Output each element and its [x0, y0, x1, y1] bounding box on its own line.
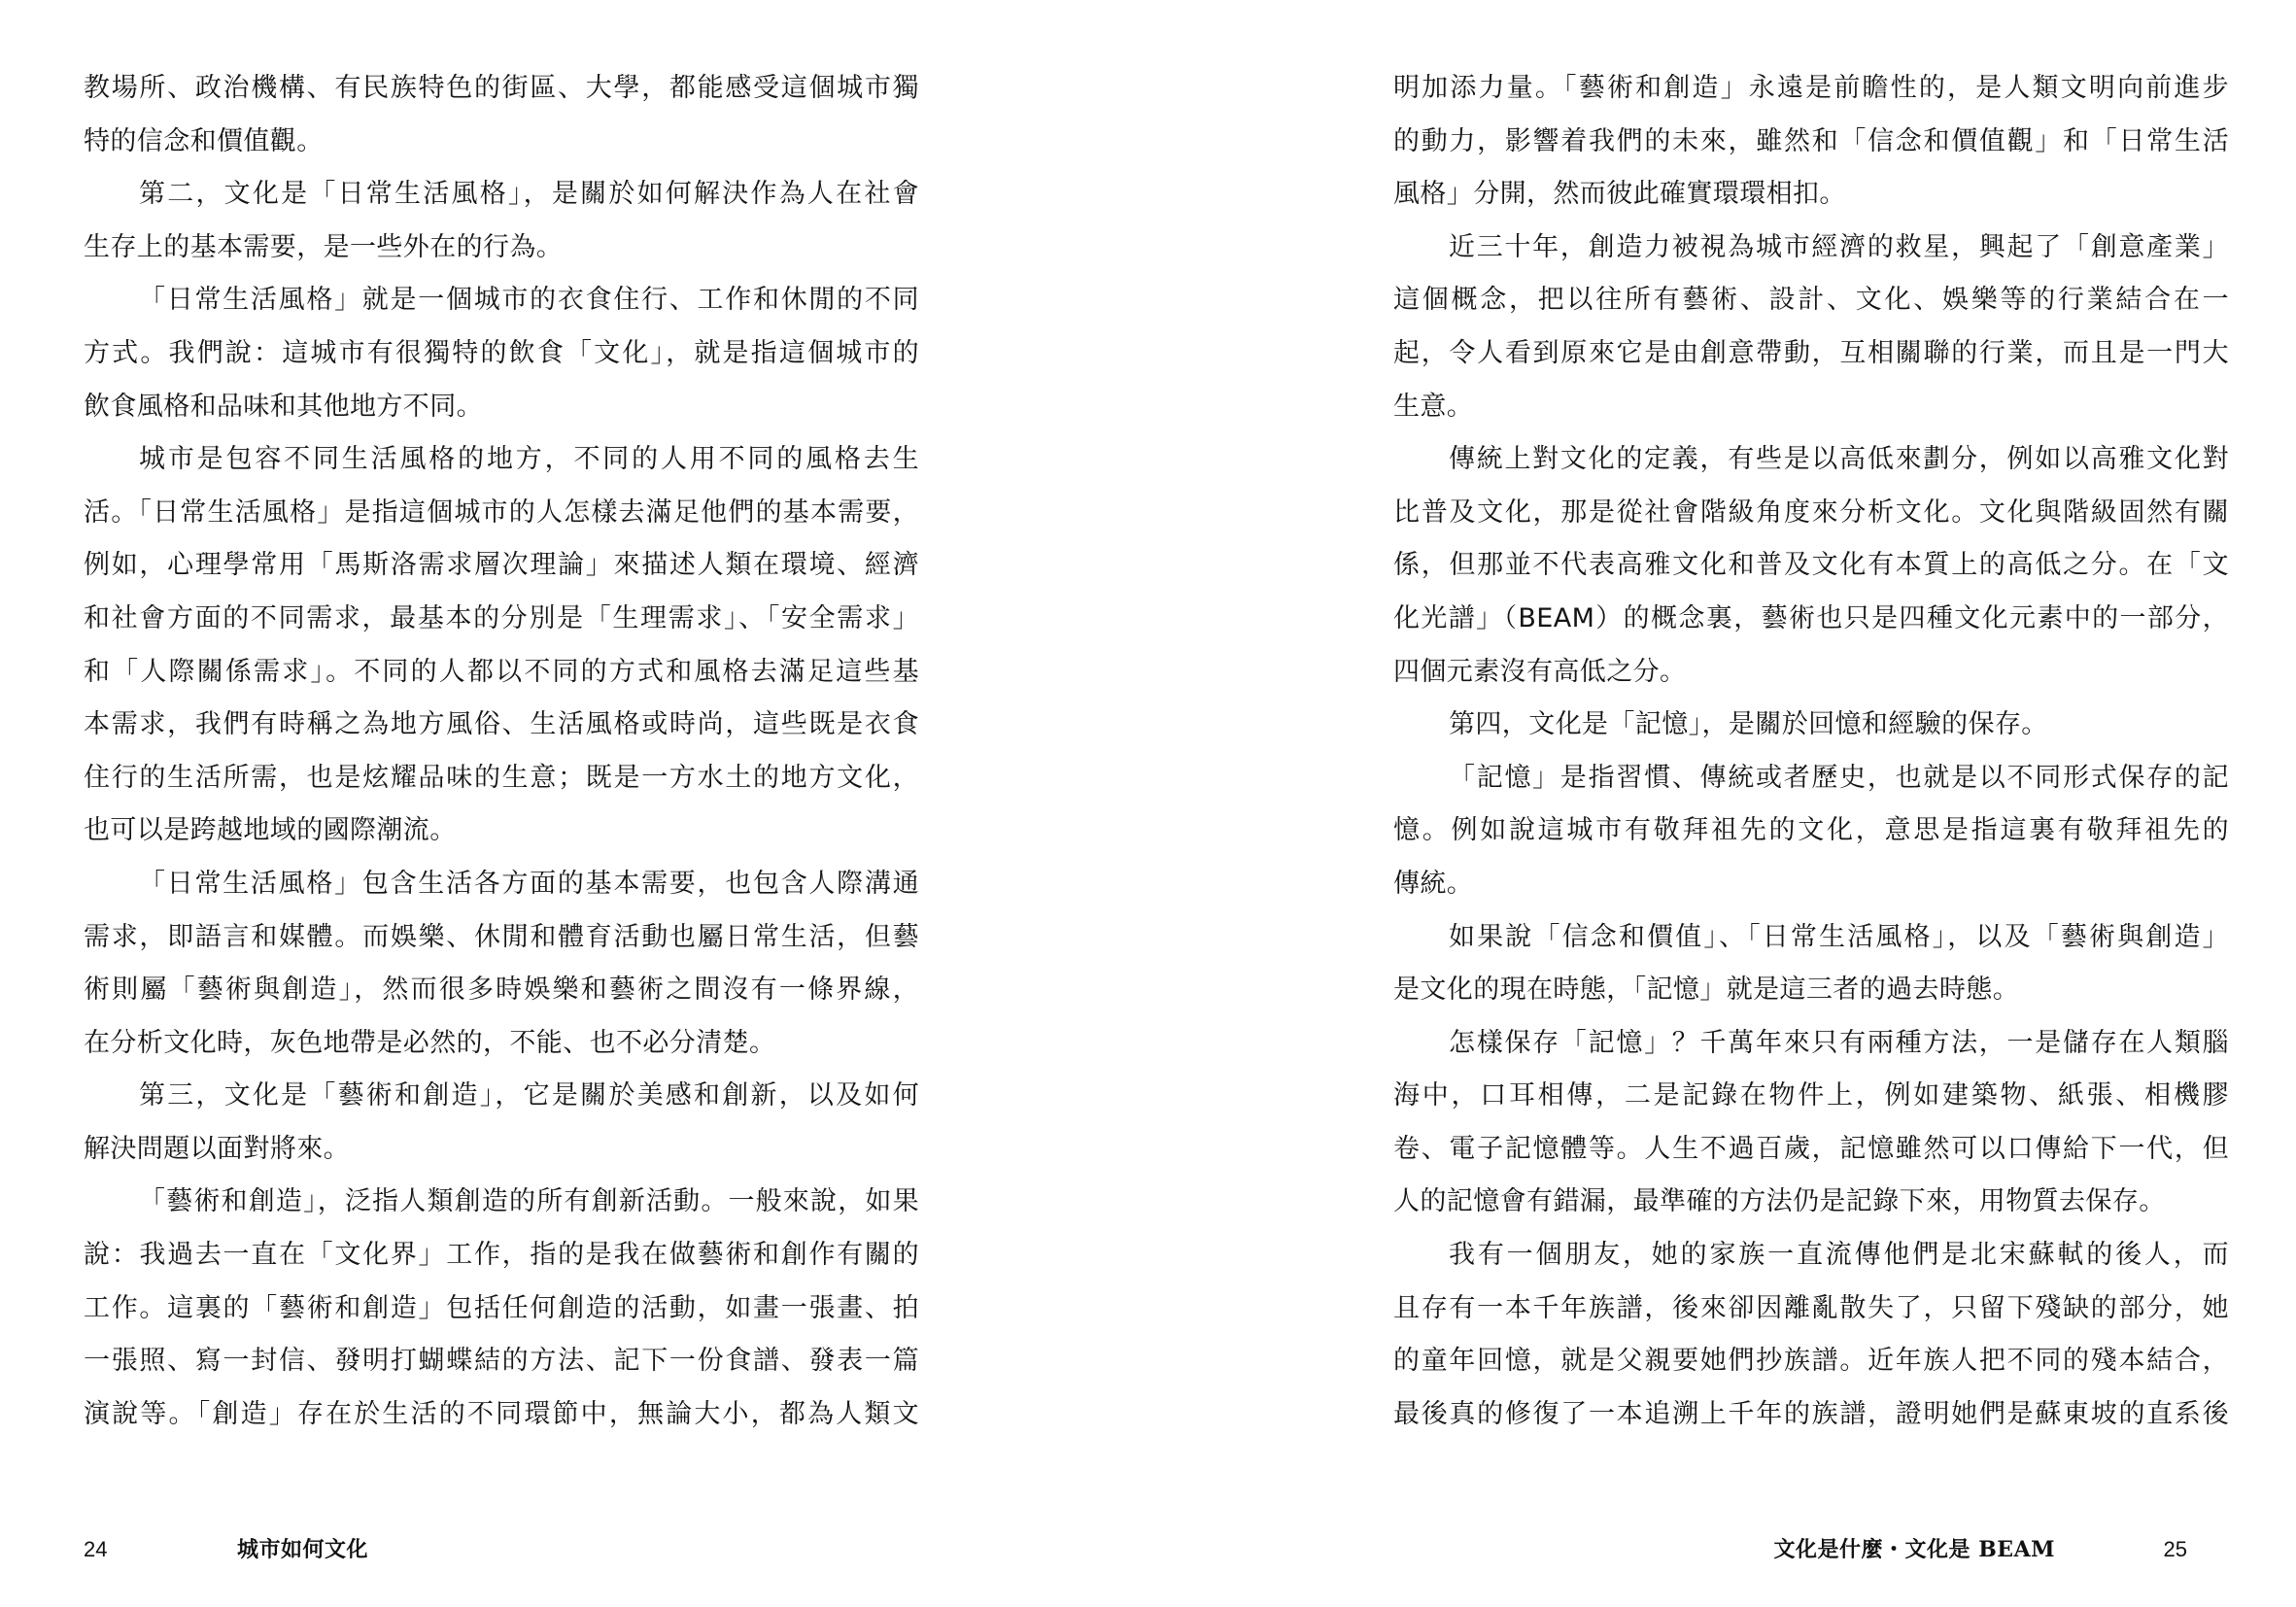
left-page: 教場所、政治機構、有民族特色的街區、大學，都能感受這個城市獨特的信念和價值觀。第… [0, 0, 1148, 1607]
text-line: 解決問題以面對將來。 [84, 1123, 919, 1177]
text-line: 憶。例如說這城市有敬拜祖先的文化，意思是指這裏有敬拜祖先的 [1393, 804, 2229, 858]
text-line: 方式。我們說：這城市有很獨特的飲食「文化」，就是指這個城市的 [84, 327, 919, 381]
text-line: 需求，即語言和媒體。而娛樂、休閒和體育活動也屬日常生活，但藝 [84, 911, 919, 965]
text-line: 飲食風格和品味和其他地方不同。 [84, 381, 919, 434]
right-body-text: 明加添力量。「藝術和創造」永遠是前瞻性的，是人類文明向前進步的動力，影響着我們的… [1393, 62, 2229, 1441]
text-line: 活。「日常生活風格」是指這個城市的人怎樣去滿足他們的基本需要， [84, 487, 919, 540]
text-line: 人的記憶會有錯漏，最準確的方法仍是記錄下來，用物質去保存。 [1393, 1176, 2229, 1229]
text-line: 明加添力量。「藝術和創造」永遠是前瞻性的，是人類文明向前進步 [1393, 62, 2229, 116]
text-line: 的童年回憶，就是父親要她們抄族譜。近年族人把不同的殘本結合， [1393, 1335, 2229, 1388]
text-line: 係，但那並不代表高雅文化和普及文化有本質上的高低之分。在「文 [1393, 539, 2229, 593]
text-line: 「藝術和創造」，泛指人類創造的所有創新活動。一般來說，如果 [84, 1176, 919, 1229]
text-line: 這個概念，把以往所有藝術、設計、文化、娛樂等的行業結合在一 [1393, 274, 2229, 327]
text-line: 一張照、寫一封信、發明打蝴蝶結的方法、記下一份食譜、發表一篇 [84, 1335, 919, 1388]
right-page-number: 25 [2164, 1533, 2187, 1566]
text-line: 是文化的現在時態，「記憶」就是這三者的過去時態。 [1393, 964, 2229, 1017]
text-line: 化光譜」（BEAM）的概念裏，藝術也只是四種文化元素中的一部分， [1393, 593, 2229, 646]
text-line: 工作。這裏的「藝術和創造」包括任何創造的活動，如畫一張畫、拍 [84, 1282, 919, 1336]
left-running-title: 城市如何文化 [237, 1533, 368, 1566]
text-line: 的動力，影響着我們的未來，雖然和「信念和價值觀」和「日常生活 [1393, 116, 2229, 169]
text-line: 教場所、政治機構、有民族特色的街區、大學，都能感受這個城市獨 [84, 62, 919, 116]
text-line: 最後真的修復了一本追溯上千年的族譜，證明她們是蘇東坡的直系後 [1393, 1388, 2229, 1442]
left-page-number: 24 [84, 1533, 107, 1566]
text-line: 和「人際關係需求」。不同的人都以不同的方式和風格去滿足這些基 [84, 646, 919, 700]
text-line: 第二，文化是「日常生活風格」，是關於如何解決作為人在社會 [84, 168, 919, 222]
text-line: 「日常生活風格」就是一個城市的衣食住行、工作和休閒的不同 [84, 274, 919, 327]
text-line: 且存有一本千年族譜，後來卻因離亂散失了，只留下殘缺的部分，她 [1393, 1282, 2229, 1336]
right-running-title: 文化是什麼・文化是 BEAM [1774, 1533, 2055, 1566]
text-line: 我有一個朋友，她的家族一直流傳他們是北宋蘇軾的後人，而 [1393, 1229, 2229, 1282]
text-line: 卷、電子記憶體等。人生不過百歲，記憶雖然可以口傳給下一代，但 [1393, 1123, 2229, 1177]
text-line: 城市是包容不同生活風格的地方，不同的人用不同的風格去生 [84, 433, 919, 487]
text-line: 四個元素沒有高低之分。 [1393, 646, 2229, 700]
text-line: 起，令人看到原來它是由創意帶動，互相關聯的行業，而且是一門大 [1393, 327, 2229, 381]
text-line: 演說等。「創造」存在於生活的不同環節中，無論大小，都為人類文 [84, 1388, 919, 1442]
text-line: 也可以是跨越地域的國際潮流。 [84, 804, 919, 858]
right-page: 明加添力量。「藝術和創造」永遠是前瞻性的，是人類文明向前進步的動力，影響着我們的… [1148, 0, 2296, 1607]
text-line: 和社會方面的不同需求，最基本的分別是「生理需求」、「安全需求」 [84, 593, 919, 646]
text-line: 風格」分開，然而彼此確實環環相扣。 [1393, 168, 2229, 222]
left-body-text: 教場所、政治機構、有民族特色的街區、大學，都能感受這個城市獨特的信念和價值觀。第… [84, 62, 919, 1441]
book-spread: 教場所、政治機構、有民族特色的街區、大學，都能感受這個城市獨特的信念和價值觀。第… [0, 0, 2296, 1607]
text-line: 說：我過去一直在「文化界」工作，指的是我在做藝術和創作有關的 [84, 1229, 919, 1282]
text-line: 如果說「信念和價值」、「日常生活風格」，以及「藝術與創造」 [1393, 911, 2229, 965]
text-line: 傳統上對文化的定義，有些是以高低來劃分，例如以高雅文化對 [1393, 433, 2229, 487]
text-line: 第四，文化是「記憶」，是關於回憶和經驗的保存。 [1393, 699, 2229, 752]
text-line: 生意。 [1393, 381, 2229, 434]
text-line: 術則屬「藝術與創造」，然而很多時娛樂和藝術之間沒有一條界線， [84, 964, 919, 1017]
text-line: 本需求，我們有時稱之為地方風俗、生活風格或時尚，這些既是衣食 [84, 699, 919, 752]
text-line: 近三十年，創造力被視為城市經濟的救星，興起了「創意產業」 [1393, 222, 2229, 275]
text-line: 怎樣保存「記憶」？千萬年來只有兩種方法，一是儲存在人類腦 [1393, 1017, 2229, 1071]
text-line: 住行的生活所需，也是炫耀品味的生意；既是一方水土的地方文化， [84, 752, 919, 805]
text-line: 海中，口耳相傳，二是記錄在物件上，例如建築物、紙張、相機膠 [1393, 1070, 2229, 1123]
text-line: 特的信念和價值觀。 [84, 116, 919, 169]
text-line: 「記憶」是指習慣、傳統或者歷史，也就是以不同形式保存的記 [1393, 752, 2229, 805]
text-line: 第三，文化是「藝術和創造」，它是關於美感和創新，以及如何 [84, 1070, 919, 1123]
text-line: 生存上的基本需要，是一些外在的行為。 [84, 222, 919, 275]
text-line: 傳統。 [1393, 858, 2229, 911]
text-line: 比普及文化，那是從社會階級角度來分析文化。文化與階級固然有關 [1393, 487, 2229, 540]
text-line: 「日常生活風格」包含生活各方面的基本需要，也包含人際溝通 [84, 858, 919, 911]
text-line: 例如，心理學常用「馬斯洛需求層次理論」來描述人類在環境、經濟 [84, 539, 919, 593]
text-line: 在分析文化時，灰色地帶是必然的，不能、也不必分清楚。 [84, 1017, 919, 1071]
